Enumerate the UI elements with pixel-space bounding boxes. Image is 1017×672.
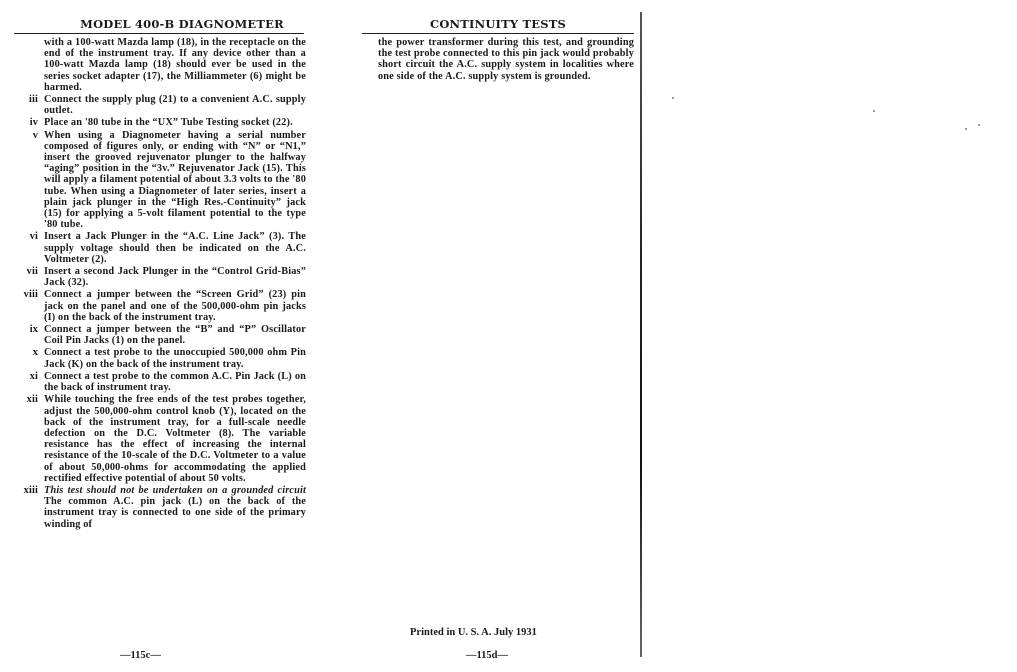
print-date-imprint: Printed in U. S. A. July 1931 bbox=[410, 627, 537, 638]
scan-speck bbox=[978, 124, 980, 126]
step-number: iv bbox=[16, 117, 44, 128]
left-page-body: with a 100-watt Mazda lamp (18), in the … bbox=[16, 37, 306, 531]
step-item: xiiiThis test should not be undertaken o… bbox=[16, 485, 306, 530]
step-item: viInsert a Jack Plunger in the “A.C. Lin… bbox=[16, 231, 306, 265]
page-number-right: —115d— bbox=[466, 650, 508, 661]
step-text: Connect a jumper between the “Screen Gri… bbox=[44, 289, 306, 323]
page-number-left: —115c— bbox=[120, 650, 161, 661]
step-text: Connect a jumper between the “B” and “P”… bbox=[44, 324, 306, 346]
running-head-right: CONTINUITY TESTS bbox=[362, 17, 634, 31]
scan-speck bbox=[873, 110, 875, 112]
step-text: Connect a test probe to the common A.C. … bbox=[44, 371, 306, 393]
running-head-left: MODEL 400-B DIAGNOMETER bbox=[30, 17, 334, 31]
step-item: xiConnect a test probe to the common A.C… bbox=[16, 371, 306, 393]
step-number: vii bbox=[16, 266, 44, 288]
step-text: This test should not be undertaken on a … bbox=[44, 485, 306, 530]
step-text: Connect a test probe to the unoccupied 5… bbox=[44, 347, 306, 369]
step-item: viiInsert a second Jack Plunger in the “… bbox=[16, 266, 306, 288]
step-text: Connect the supply plug (21) to a conven… bbox=[44, 94, 306, 116]
step-item: iiiConnect the supply plug (21) to a con… bbox=[16, 94, 306, 116]
right-page: CONTINUITY TESTS the power transformer d… bbox=[362, 0, 642, 672]
header-rule bbox=[362, 33, 634, 34]
step-item: xiiWhile touching the free ends of the t… bbox=[16, 394, 306, 484]
step-item: xConnect a test probe to the unoccupied … bbox=[16, 347, 306, 369]
scan-speck bbox=[672, 97, 674, 99]
step-number: xiii bbox=[16, 485, 44, 530]
scan-speck bbox=[965, 128, 967, 130]
step-number: xii bbox=[16, 394, 44, 484]
step-item: vWhen using a Diagnometer having a seria… bbox=[16, 130, 306, 231]
step-number: x bbox=[16, 347, 44, 369]
step-text: Place an '80 tube in the “UX” Tube Testi… bbox=[44, 117, 306, 128]
step-item: ixConnect a jumper between the “B” and “… bbox=[16, 324, 306, 346]
step-item: viiiConnect a jumper between the “Screen… bbox=[16, 289, 306, 323]
step-number: iii bbox=[16, 94, 44, 116]
continuation-paragraph: with a 100-watt Mazda lamp (18), in the … bbox=[44, 37, 306, 93]
step-text: Insert a Jack Plunger in the “A.C. Line … bbox=[44, 231, 306, 265]
step-text: While touching the free ends of the test… bbox=[44, 394, 306, 484]
step-item: ivPlace an '80 tube in the “UX” Tube Tes… bbox=[16, 117, 306, 128]
step-text: When using a Diagnometer having a serial… bbox=[44, 130, 306, 231]
step-number: vi bbox=[16, 231, 44, 265]
left-page: MODEL 400-B DIAGNOMETER with a 100-watt … bbox=[0, 0, 330, 672]
step-number: xi bbox=[16, 371, 44, 393]
page-edge-line bbox=[640, 12, 642, 657]
right-page-body: the power transformer during this test, … bbox=[378, 37, 634, 82]
step-list: iiiConnect the supply plug (21) to a con… bbox=[16, 94, 306, 530]
step-number: v bbox=[16, 130, 44, 231]
continuation-paragraph: the power transformer during this test, … bbox=[378, 37, 634, 82]
step-text: Insert a second Jack Plunger in the “Con… bbox=[44, 266, 306, 288]
step-number: ix bbox=[16, 324, 44, 346]
warning-emphasis: This test should not be undertaken on a … bbox=[44, 485, 306, 496]
step-number: viii bbox=[16, 289, 44, 323]
header-rule bbox=[14, 33, 304, 34]
